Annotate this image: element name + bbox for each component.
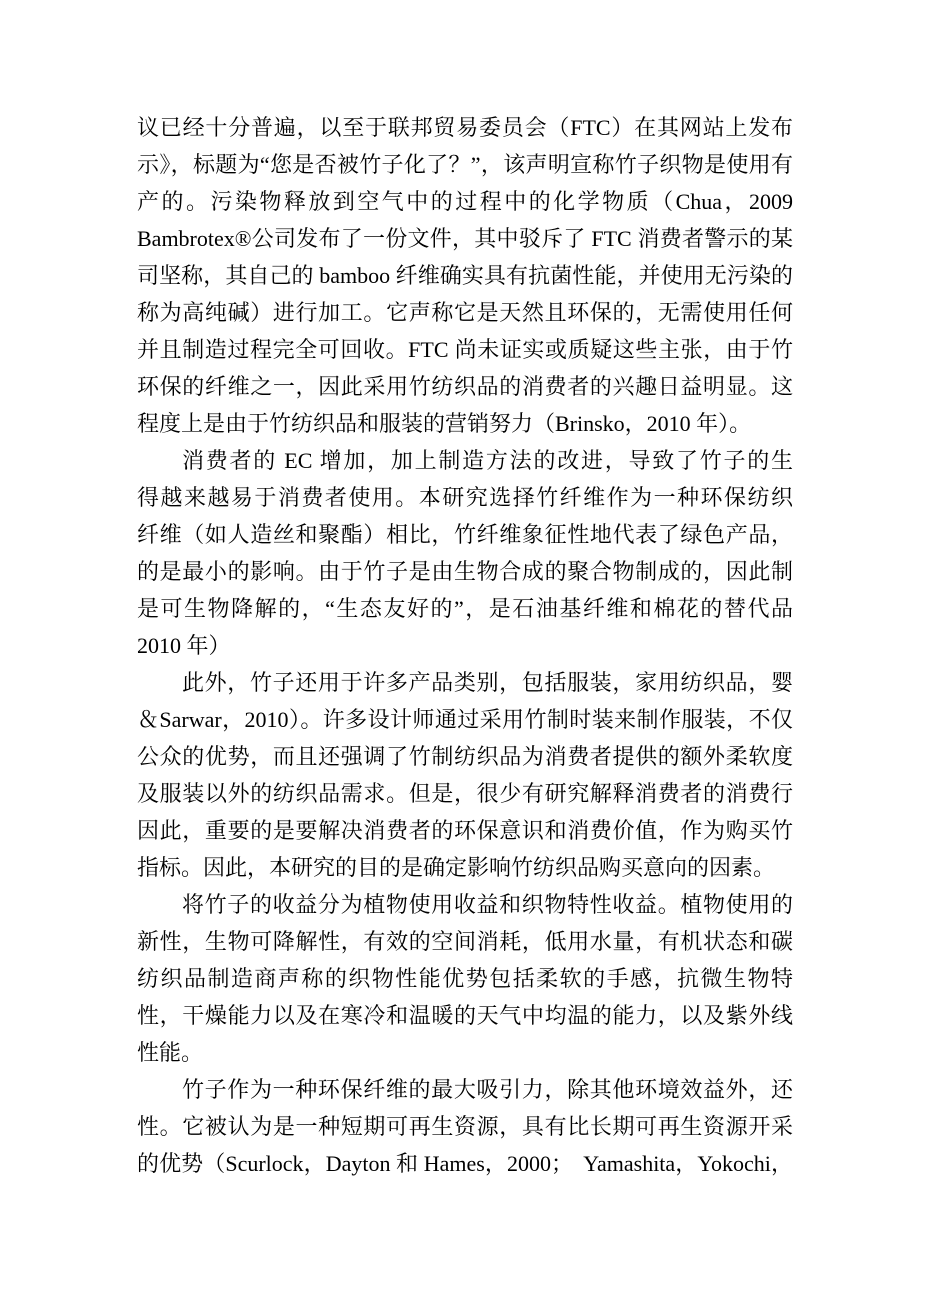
text-line: 竹子作为一种环保纤维的最大吸引力，除其他环境效益外，还包括其可更新 bbox=[137, 1071, 793, 1108]
text-line: 性。它被认为是一种短期可再生资源，具有比长期可再生资源开采更具环境优势 bbox=[137, 1108, 793, 1145]
text-line: 将竹子的收益分为植物使用收益和织物特性收益。植物使用的好处包括可更 bbox=[137, 886, 793, 923]
text-line: 新性，生物可降解性，有效的空间消耗，低用水量，有机状态和碳螯合能力。竹 bbox=[137, 923, 793, 960]
text-line: 纺织品制造商声称的织物性能优势包括柔软的手感，抗微生物特性，快速的吸湿 bbox=[137, 960, 793, 997]
text-line: 2010 年） bbox=[137, 627, 793, 664]
text-line: 称为高纯碱）进行加工。它声称它是天然且环保的，无需使用任何化学添加剂， bbox=[137, 294, 793, 331]
document-page: 议已经十分普遍，以至于联邦贸易委员会（FTC）在其网站上发布了《消费者警示》，标… bbox=[0, 0, 926, 1309]
text-line: 得越来越易于消费者使用。本研究选择竹纤维作为一种环保纺织品。与其他合成 bbox=[137, 479, 793, 516]
text-line: 产的。污染物释放到空气中的过程中的化学物质（Chua，2009 年）。另一方面， bbox=[137, 183, 793, 220]
text-line: 消费者的 EC 增加，加上制造方法的改进，导致了竹子的生产。因此，它变 bbox=[137, 442, 793, 479]
text-line: 程度上是由于竹纺织品和服装的营销努力（Brinsko，2010 年）。 bbox=[137, 405, 793, 442]
text-line: 议已经十分普遍，以至于联邦贸易委员会（FTC）在其网站上发布了《消费者警 bbox=[137, 109, 793, 146]
text-line: 示》，标题为“您是否被竹子化了？”，该声明宣称竹子织物是使用有毒物质生 bbox=[137, 146, 793, 183]
text-line: 性能。 bbox=[137, 1034, 793, 1071]
text-line: 的优势（Scurlock，Dayton 和 Hames，2000； Yamash… bbox=[137, 1145, 793, 1182]
text-line: 司坚称，其自己的 bamboo 纤维确实具有抗菌性能，并使用无污染的氢氧化钠（也 bbox=[137, 257, 793, 294]
text-line: 的是最小的影响。由于竹子是由生物合成的聚合物制成的，因此制造商宣称竹子 bbox=[137, 553, 793, 590]
text-line: Bambrotex®公司发布了一份文件，其中驳斥了 FTC 消费者警示的某些陈述… bbox=[137, 220, 793, 257]
text-line: 因此，重要的是要解决消费者的环保意识和消费价值，作为购买竹纺织品的行为 bbox=[137, 812, 793, 849]
text-line: 纤维（如人造丝和聚酯）相比，竹纤维象征性地代表了绿色产品，因为它们强调 bbox=[137, 516, 793, 553]
text-line: 此外，竹子还用于许多产品类别，包括服装，家用纺织品，婴儿用品等（Ali bbox=[137, 664, 793, 701]
text-line: 公众的优势，而且还强调了竹制纺织品为消费者提供的额外柔软度和舒适度，以 bbox=[137, 738, 793, 775]
text-line: 及服装以外的纺织品需求。但是，很少有研究解释消费者的消费行为涉及竹子。 bbox=[137, 775, 793, 812]
text-line: 性，干燥能力以及在寒冷和温暖的天气中均温的能力，以及紫外线防护和抗静电 bbox=[137, 997, 793, 1034]
text-line: 是可生物降解的，“生态友好的”，是石油基纤维和棉花的替代品（Brinsko， bbox=[137, 590, 793, 627]
text-line: 并且制造过程完全可回收。FTC 尚未证实或质疑这些主张，由于竹子被认为是最 bbox=[137, 331, 793, 368]
text-line: 环保的纤维之一，因此采用竹纺织品的消费者的兴趣日益明显。这种感觉在很大 bbox=[137, 368, 793, 405]
text-line: 指标。因此，本研究的目的是确定影响竹纺织品购买意向的因素。 bbox=[137, 849, 793, 886]
text-line: ＆Sarwar，2010）。许多设计师通过采用竹制时装来制作服装，不仅指出了其对 bbox=[137, 701, 793, 738]
document-body: 议已经十分普遍，以至于联邦贸易委员会（FTC）在其网站上发布了《消费者警示》，标… bbox=[137, 109, 793, 1182]
